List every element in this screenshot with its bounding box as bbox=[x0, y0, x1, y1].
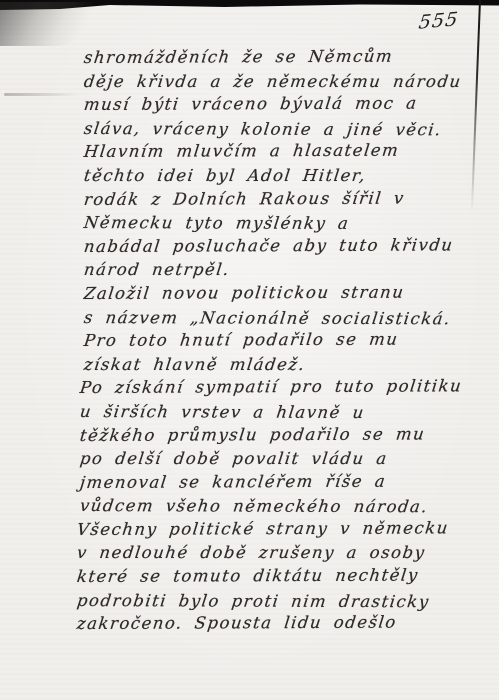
page-number: 555 bbox=[417, 8, 460, 33]
handwritten-line: v nedlouhé době zrušeny a osoby bbox=[76, 541, 486, 565]
handwritten-line: musí býti vráceno bývalá moc a bbox=[83, 91, 486, 116]
handwritten-line: Německu tyto myšlénky a bbox=[83, 211, 486, 236]
handwritten-line: Pro toto hnutí podařilo se mu bbox=[83, 327, 486, 352]
scan-streak-left bbox=[4, 93, 78, 96]
handwritten-text-block: shromážděních že se Němcům děje křivda a… bbox=[84, 46, 484, 636]
handwritten-line: těchto idei byl Adol Hitler, bbox=[83, 164, 486, 188]
handwritten-line: děje křivda a že německému národu bbox=[83, 70, 486, 94]
handwritten-line: zakročeno. Spousta lidu odešlo bbox=[76, 610, 486, 635]
handwritten-line: Založil novou politickou stranu bbox=[83, 280, 486, 305]
handwritten-line: nabádal posluchače aby tuto křivdu bbox=[83, 233, 486, 258]
handwritten-line: národ netrpěl. bbox=[83, 258, 486, 282]
handwritten-line: Po získání sympatií pro tuto politiku bbox=[79, 375, 486, 400]
handwritten-line: Hlavním mluvčím a hlasatelem bbox=[83, 139, 486, 164]
handwritten-line: získat hlavně mládež. bbox=[83, 353, 486, 377]
handwritten-line: které se tomuto diktátu nechtěly bbox=[76, 563, 486, 588]
handwritten-line: u širších vrstev a hlavně u bbox=[79, 400, 486, 425]
handwritten-line: rodák z Dolních Rakous šířil v bbox=[83, 186, 486, 211]
handwritten-line: jmenoval se kancléřem říše a bbox=[79, 469, 486, 494]
handwritten-line: po delší době povalit vládu a bbox=[79, 447, 486, 471]
scan-smudge-top-left bbox=[0, 2, 96, 46]
handwritten-line: Všechny politické strany v německu bbox=[76, 516, 486, 541]
scanned-manuscript-page: 555 shromážděních že se Němcům děje křiv… bbox=[0, 0, 499, 700]
handwritten-line: těžkého průmyslu podařilo se mu bbox=[79, 422, 486, 447]
handwritten-line: shromážděních že se Němcům bbox=[83, 44, 486, 69]
